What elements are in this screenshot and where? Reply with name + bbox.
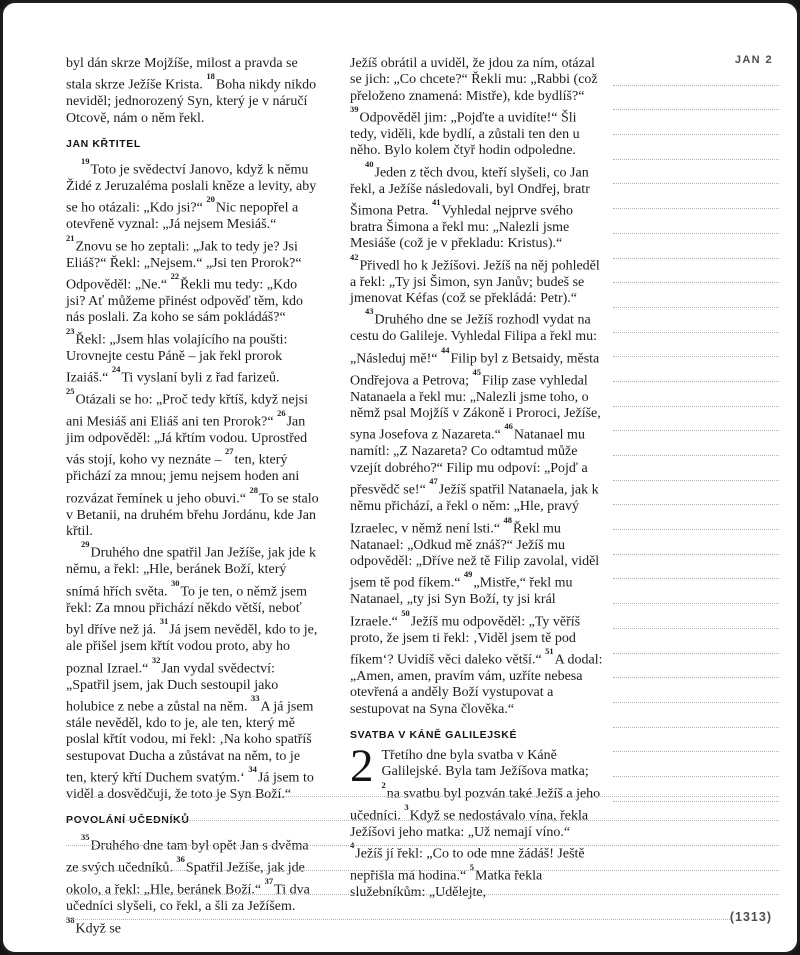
note-line (613, 333, 779, 358)
note-line (613, 135, 779, 160)
verse-number: 33 (251, 693, 260, 703)
verse-number: 22 (171, 271, 180, 281)
note-line (613, 629, 779, 654)
note-line (613, 678, 779, 703)
body-paragraph: 19Toto je svědectví Janovo, když k němu … (66, 157, 320, 540)
body-paragraph: 29Druhého dne spatřil Jan Ježíše, jak jd… (66, 540, 320, 803)
note-line (613, 456, 779, 481)
note-line (613, 160, 779, 185)
verse-number: 46 (504, 421, 513, 431)
verse-number: 32 (152, 655, 161, 665)
margin-note-lines (613, 61, 779, 802)
note-line (613, 431, 779, 456)
verse-number: 19 (81, 156, 90, 166)
note-line (613, 259, 779, 284)
note-line (613, 703, 779, 728)
note-line (613, 86, 779, 111)
body-paragraph: 40Jeden z těch dvou, kteří slyšeli, co J… (350, 160, 604, 308)
body-paragraph: 43Druhého dne se Ježíš rozhodl vydat na … (350, 307, 604, 717)
verse-number: 41 (432, 197, 441, 207)
verse-number: 47 (429, 476, 438, 486)
verse-number: 49 (464, 569, 473, 579)
note-line (66, 895, 730, 920)
body-paragraph: Ježíš obrátil a uviděl, že jdou za ním, … (350, 56, 604, 160)
note-line (613, 654, 779, 679)
note-line (613, 61, 779, 86)
note-line (613, 357, 779, 382)
verse-number: 39 (350, 104, 359, 114)
note-line (613, 234, 779, 259)
verse-number: 31 (160, 616, 169, 626)
note-line (613, 184, 779, 209)
verse-number: 28 (249, 485, 258, 495)
note-line (613, 505, 779, 530)
note-line (613, 308, 779, 333)
note-line (613, 407, 779, 432)
note-line (613, 283, 779, 308)
note-line (66, 797, 779, 822)
note-line (613, 110, 779, 135)
verse-number: 51 (545, 646, 554, 656)
verse-number: 25 (66, 386, 75, 396)
verse-number: 45 (472, 367, 481, 377)
page-number: (1313) (730, 910, 772, 924)
bottom-note-lines (66, 772, 779, 920)
note-line (613, 728, 779, 753)
verse-number: 42 (350, 252, 359, 262)
verse-number: 48 (504, 515, 513, 525)
verse-number: 21 (66, 233, 75, 243)
note-line (613, 555, 779, 580)
verse-number: 43 (365, 306, 374, 316)
verse-number: 23 (66, 326, 75, 336)
note-line (613, 209, 779, 234)
note-line (613, 530, 779, 555)
verse-number: 18 (206, 71, 215, 81)
body-paragraph: byl dán skrze Mojžíše, milost a pravda s… (66, 56, 320, 127)
note-line (66, 772, 779, 797)
note-line (613, 604, 779, 629)
note-line (613, 382, 779, 407)
verse-number: 30 (171, 578, 180, 588)
note-line (613, 481, 779, 506)
verse-number: 27 (225, 446, 234, 456)
note-line (66, 871, 779, 896)
verse-number: 50 (401, 608, 410, 618)
verse-number: 24 (112, 364, 121, 374)
verse-number: 44 (441, 345, 450, 355)
verse-number: 29 (81, 539, 90, 549)
bible-page: JAN 2 byl dán skrze Mojžíše, milost a pr… (0, 0, 800, 955)
note-line (613, 579, 779, 604)
section-heading: JAN KŘTITEL (66, 138, 320, 151)
verse-number: 40 (365, 159, 374, 169)
note-line (66, 821, 779, 846)
section-heading: SVATBA V KÁNĚ GALILEJSKÉ (350, 729, 604, 742)
verse-number: 26 (277, 408, 286, 418)
note-line (66, 846, 779, 871)
verse-number: 20 (206, 194, 215, 204)
